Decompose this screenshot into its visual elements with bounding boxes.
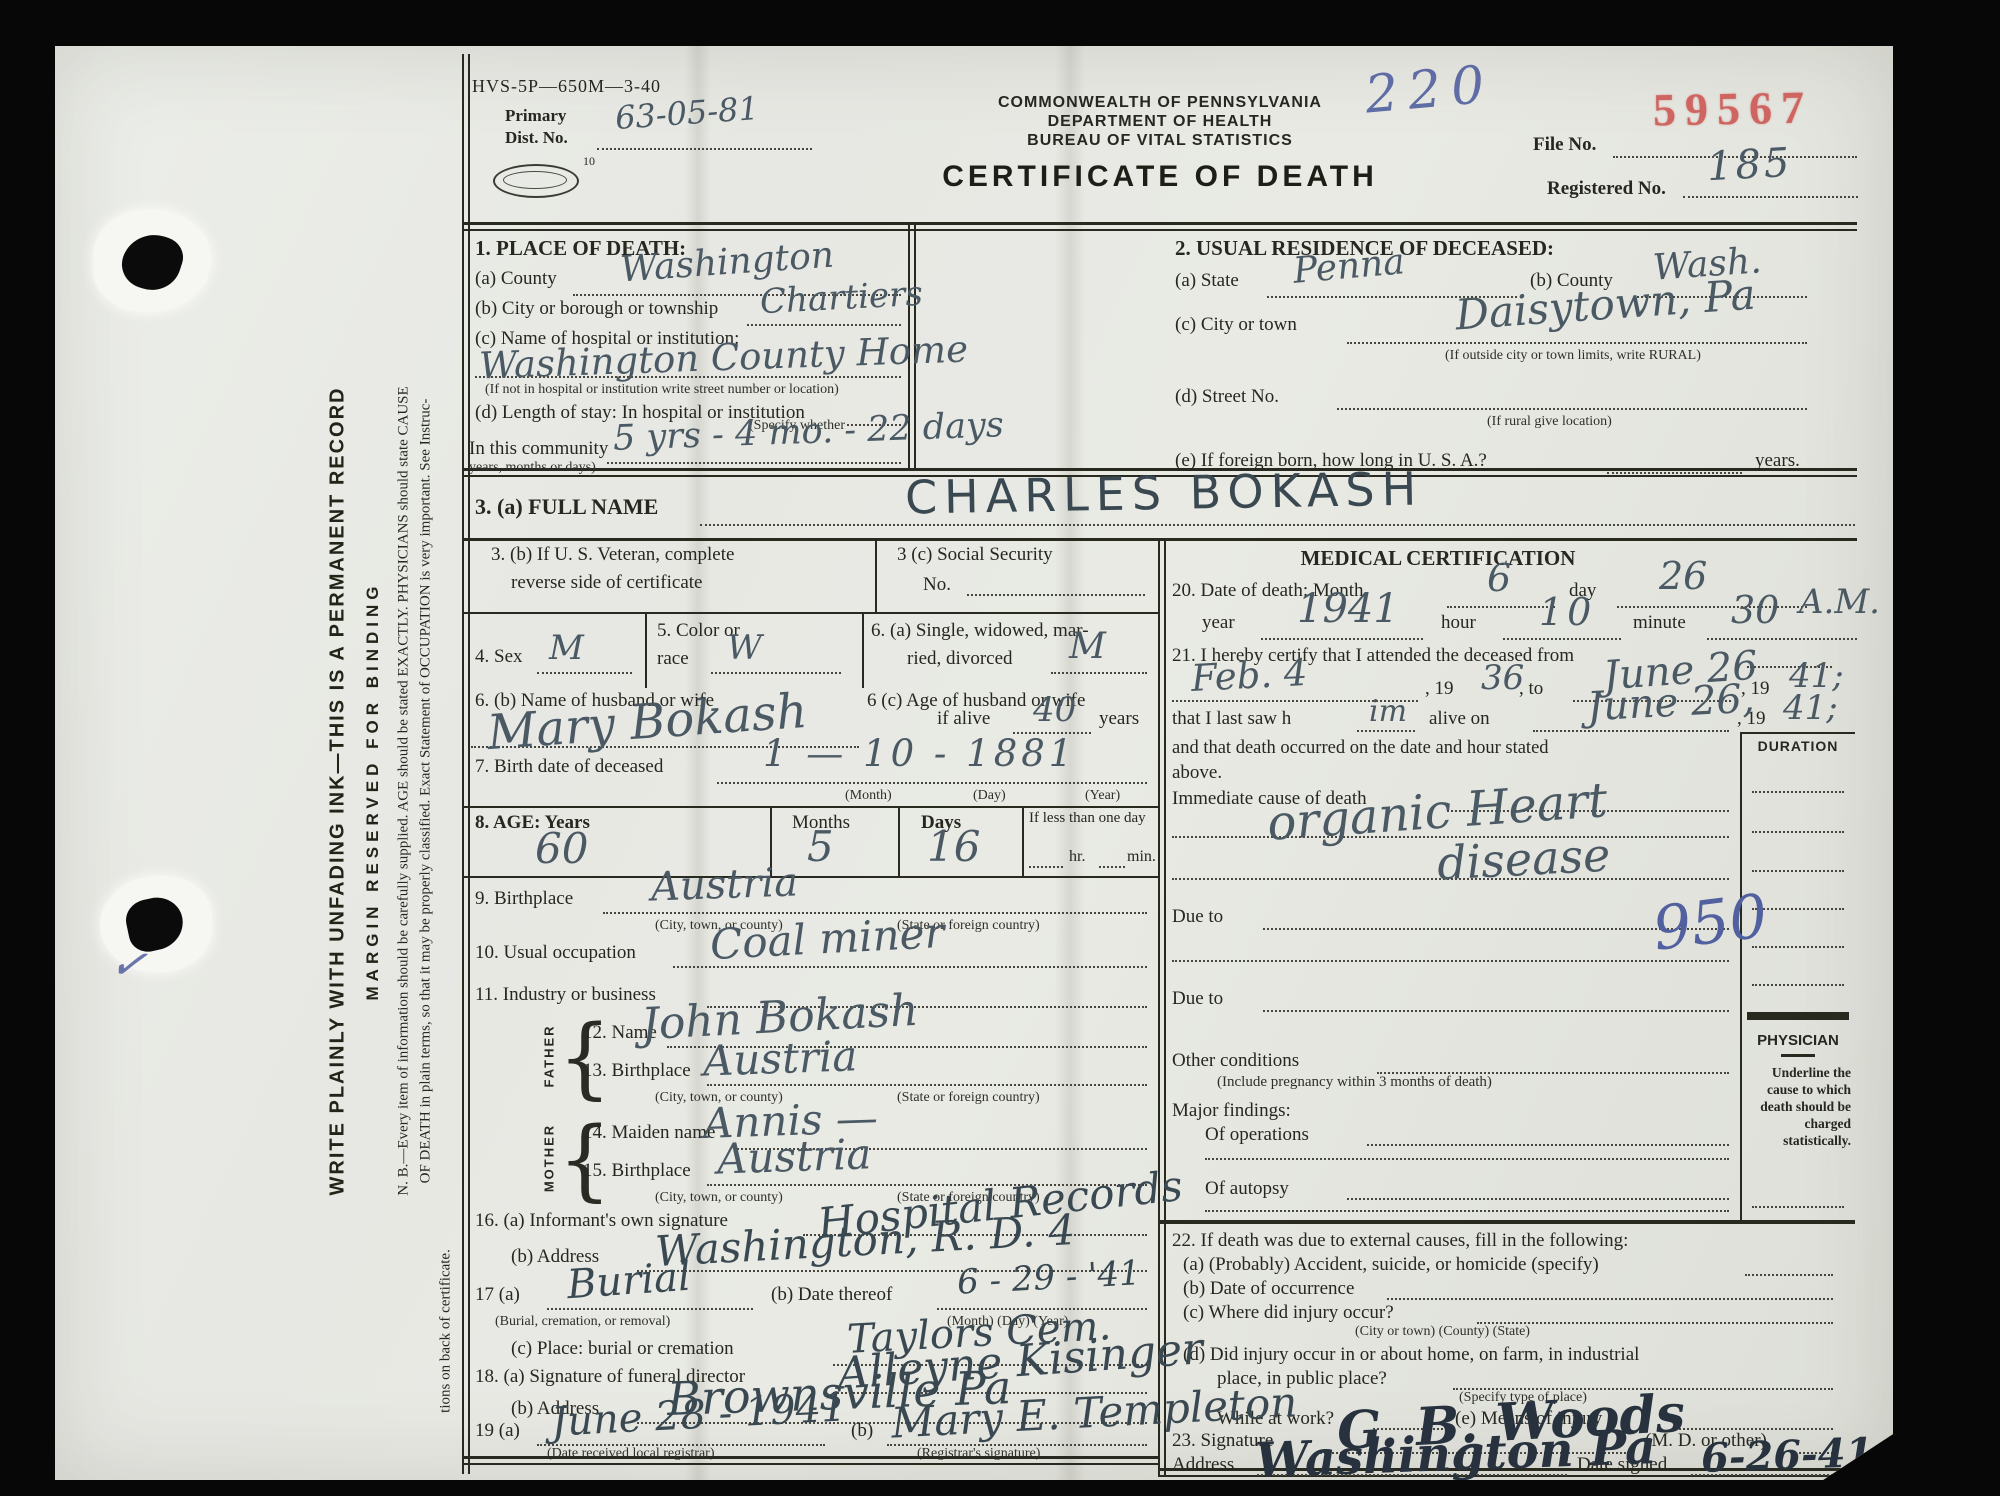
father-birthplace-line	[707, 1084, 1147, 1086]
primary-label: Primary	[505, 106, 566, 126]
left-rule-outer	[462, 54, 464, 1474]
sex-label: 4. Sex	[475, 646, 523, 668]
death-month-value: 6	[1487, 556, 1511, 600]
marital-label-1: 6. (a) Single, widowed, mar-	[871, 620, 1089, 642]
registered-number-label: Registered No.	[1547, 178, 1666, 200]
registrar-b-label: (b)	[851, 1420, 873, 1442]
margin-note-nb2: OF DEATH in plain terms, so that it may …	[418, 399, 435, 1184]
age-less-label: If less than one day	[1029, 810, 1146, 827]
street-label: (d) Street No.	[1175, 386, 1279, 408]
duration-box-top	[1740, 732, 1855, 734]
county-label: (a) County	[475, 268, 557, 290]
duration-line-2	[1752, 831, 1844, 833]
injury-where-note: (City or town) (County) (State)	[1355, 1324, 1530, 1340]
industry-label: 11. Industry or business	[475, 984, 656, 1006]
mother-bp-city-note: (City, town, or county)	[655, 1190, 783, 1206]
community-label: In this community	[469, 438, 608, 460]
birthplace-value: Austria	[650, 859, 799, 910]
certificate-title: CERTIFICATE OF DEATH	[935, 160, 1385, 194]
spouse-age-value: 40	[1033, 690, 1076, 730]
commonwealth-line: COMMONWEALTH OF PENNSYLVANIA	[960, 94, 1360, 112]
age-divider-2	[898, 806, 900, 876]
header-rule-2	[462, 229, 1857, 231]
operations-line	[1367, 1144, 1729, 1146]
injury-where-line	[1477, 1322, 1833, 1324]
city-township-line	[747, 324, 901, 326]
injury-place-label-1: (d) Did injury occur in or about home, o…	[1183, 1344, 1639, 1366]
age-hr-label: hr.	[1069, 848, 1085, 866]
autopsy-label: Of autopsy	[1205, 1178, 1289, 1200]
margin-note-nb3: tions on back of certificate.	[438, 1249, 455, 1413]
other-conditions-label: Other conditions	[1172, 1050, 1299, 1072]
mother-birthplace-label: 15. Birthplace	[583, 1160, 691, 1182]
due-to-label-2: Due to	[1172, 988, 1223, 1010]
community-line	[607, 462, 901, 464]
c19a-label: , 19	[1425, 678, 1454, 700]
registered-number-value: 185	[1706, 140, 1794, 190]
marital-label-2: ried, divorced	[907, 648, 1013, 670]
accident-label: (a) (Probably) Accident, suicide, or hom…	[1183, 1254, 1599, 1276]
registrar-label: 19 (a)	[475, 1420, 520, 1442]
race-line	[711, 672, 841, 674]
race-value: W	[727, 628, 762, 668]
physician-address-label: Address	[1172, 1454, 1234, 1476]
full-name-value: CHARLES BOKASH	[905, 461, 1424, 524]
foreign-born-line	[1607, 472, 1742, 474]
left-rule-inner	[468, 54, 470, 1474]
duration-line-7	[1752, 1206, 1844, 1208]
major-findings-label: Major findings:	[1172, 1100, 1291, 1122]
residence-city-line	[1347, 342, 1807, 344]
veteran-bottom-rule	[462, 612, 1160, 614]
last-saw-him-line	[1357, 730, 1415, 732]
date-signed-value: 6-26-41	[1700, 1429, 1874, 1482]
last-saw-label-1: that I last saw h	[1172, 708, 1291, 730]
burial-date-value: 6 - 29 - '41	[956, 1253, 1142, 1303]
birthdate-value: 1 — 10 - 1881	[763, 732, 1076, 775]
street-line	[1337, 408, 1807, 410]
burial-type-line	[547, 1308, 753, 1310]
attended-from-value: Feb. 4	[1190, 651, 1308, 700]
age-divider-3	[1022, 806, 1024, 876]
file-number-label: File No.	[1533, 134, 1596, 156]
sex-color-divider	[645, 612, 647, 688]
age-min-line	[1099, 866, 1125, 868]
operations-label: Of operations	[1205, 1124, 1309, 1146]
ssn-label-1: 3 (c) Social Security	[897, 544, 1053, 566]
marital-value: M	[1069, 626, 1106, 667]
age-box-bottom-rule	[462, 876, 1160, 878]
burial-place-label: (c) Place: burial or cremation	[511, 1338, 734, 1360]
due-to-blank-line-1	[1172, 960, 1729, 962]
death-certificate-scan: ✓ WRITE PLAINLY WITH UNFADING INK—THIS I…	[55, 46, 1893, 1480]
color-marital-divider	[862, 612, 864, 688]
age-min-label: min.	[1127, 848, 1156, 866]
father-side-label: FATHER	[542, 1024, 557, 1087]
death-hour-line	[1503, 638, 1621, 640]
margin-checkmark: ✓	[107, 937, 151, 993]
duration-line-6	[1752, 984, 1844, 986]
community-note: years, months or days)	[469, 460, 596, 476]
residence-city-note: (If outside city or town limits, write R…	[1445, 348, 1701, 364]
veteran-label-1: 3. (b) If U. S. Veteran, complete	[491, 544, 734, 566]
veteran-divider	[875, 541, 877, 612]
birthdate-line	[717, 782, 1147, 784]
autopsy-line	[1347, 1198, 1729, 1200]
registrar-date-note: (Date received local registrar)	[547, 1446, 715, 1462]
occurred-line-2: above.	[1172, 762, 1222, 784]
city-township-value: Chartiers	[759, 274, 924, 322]
him-value: im	[1369, 694, 1407, 729]
residence-state-value: Penna	[1291, 241, 1406, 292]
birthdate-month-note: (Month)	[845, 788, 892, 804]
residence-city-value: Daisytown, Pa	[1454, 270, 1757, 340]
full-name-line	[700, 524, 1855, 526]
age-months-value: 5	[807, 822, 834, 871]
mother-side-label: MOTHER	[542, 1124, 557, 1192]
burial-date-label: (b) Date thereof	[771, 1284, 892, 1306]
death-minute-label: minute	[1633, 612, 1686, 634]
age-days-value: 16	[927, 822, 980, 871]
page-number-handwritten: 220	[1363, 54, 1497, 125]
marital-line	[1051, 672, 1147, 674]
district-number-label: Dist. No.	[505, 128, 568, 148]
external-causes-label: 22. If death was due to external causes,…	[1172, 1230, 1628, 1252]
duration-line-1	[1752, 791, 1844, 793]
physician-header: PHYSICIAN	[1742, 1032, 1854, 1049]
age-years-value: 60	[535, 824, 588, 873]
last-saw-value: June 26,	[1586, 676, 1756, 731]
last-saw-label-2: alive on	[1429, 708, 1490, 730]
veteran-label-2: reverse side of certificate	[511, 572, 702, 594]
form-number: HVS-5P—650M—3-40	[472, 76, 661, 97]
margin-note-binding: MARGIN RESERVED FOR BINDING	[363, 582, 383, 1001]
occurrence-date-label: (b) Date of occurrence	[1183, 1278, 1354, 1300]
statistical-code-value: 950	[1649, 881, 1771, 964]
sex-value: M	[549, 628, 584, 668]
operations-blank-line	[1205, 1158, 1729, 1160]
to-label: , to	[1519, 678, 1543, 700]
death-year-line	[1261, 638, 1423, 640]
duration-box-left	[1740, 732, 1742, 1220]
occupation-label: 10. Usual occupation	[475, 942, 636, 964]
last-saw-line	[1533, 730, 1729, 732]
duration-separator-bar	[1747, 1012, 1849, 1020]
registrar-sig-note: (Registrar's signature)	[917, 1446, 1040, 1462]
spouse-years-label: years	[1099, 708, 1139, 730]
age-hr-line	[1029, 866, 1063, 868]
margin-note-write-plainly: WRITE PLAINLY WITH UNFADING INK—THIS IS …	[327, 387, 350, 1196]
other-conditions-note: (Include pregnancy within 3 months of de…	[1217, 1074, 1492, 1091]
death-minute-value: 30	[1731, 588, 1779, 632]
physician-note: Underline the cause to which death shoul…	[1749, 1064, 1851, 1149]
birthplace-label: 9. Birthplace	[475, 888, 573, 910]
last-year-value: 41;	[1783, 688, 1838, 728]
burial-label: 17 (a)	[475, 1284, 520, 1306]
city-township-label: (b) City or borough or township	[475, 298, 718, 320]
birthdate-year-note: (Year)	[1085, 788, 1120, 804]
cause-value-2: disease	[1436, 828, 1612, 891]
death-ampm-value: A.M.	[1799, 582, 1880, 622]
bureau-line: BUREAU OF VITAL STATISTICS	[960, 132, 1360, 150]
injury-where-label: (c) Where did injury occur?	[1183, 1302, 1394, 1324]
street-note: (If rural give location)	[1487, 414, 1612, 430]
header-rule-1	[462, 222, 1857, 225]
father-bp-state-note: (State or foreign country)	[897, 1090, 1040, 1106]
external-causes-top-rule	[1158, 1220, 1855, 1224]
birthdate-day-note: (Day)	[973, 788, 1006, 804]
bottom-rule-left-2	[462, 1463, 1160, 1465]
residence-city-label: (c) City or town	[1175, 314, 1297, 336]
occurrence-date-line	[1387, 1298, 1833, 1300]
physician-underline	[1781, 1054, 1815, 1057]
death-hour-value: 10	[1539, 590, 1595, 634]
residence-state-label: (a) State	[1175, 270, 1239, 292]
death-hour-label: hour	[1441, 612, 1476, 634]
ssn-line	[967, 594, 1145, 596]
union-bug-number: 10	[583, 154, 595, 169]
district-number-line	[597, 148, 812, 150]
union-bug-inner-icon	[503, 171, 567, 189]
accident-line	[1745, 1274, 1833, 1276]
medical-certification-title: MEDICAL CERTIFICATION	[1158, 546, 1718, 571]
father-birthplace-label: 13. Birthplace	[583, 1060, 691, 1082]
duration-line-3	[1752, 870, 1844, 872]
burial-type-note: (Burial, cremation, or removal)	[495, 1314, 670, 1330]
registrar-date-value: June 28 - 1941	[550, 1384, 848, 1445]
color-label-2: race	[657, 648, 689, 670]
registered-number-line	[1683, 196, 1858, 198]
if-alive-label: if alive	[937, 708, 990, 730]
age-box-top-rule	[462, 806, 1160, 808]
maiden-name-label: 14. Maiden name	[583, 1122, 715, 1144]
death-minute-line	[1707, 638, 1857, 640]
occurred-line-1: and that death occurred on the date and …	[1172, 738, 1549, 759]
due-to-line-2	[1263, 1010, 1729, 1012]
autopsy-blank-line	[1205, 1210, 1729, 1212]
full-name-label: 3. (a) FULL NAME	[475, 494, 658, 520]
department-line: DEPARTMENT OF HEALTH	[960, 113, 1360, 131]
father-brace: {	[558, 1006, 611, 1109]
sex-line	[537, 672, 632, 674]
death-year-value: 1941	[1297, 586, 1399, 632]
father-birthplace-value: Austria	[702, 1031, 858, 1085]
burial-type-value: Burial	[566, 1254, 693, 1309]
death-year-label: year	[1202, 612, 1235, 634]
margin-note-nb1: N. B.—Every item of information should b…	[396, 386, 413, 1195]
from-year-value: 36	[1481, 658, 1524, 698]
duration-header: DURATION	[1742, 738, 1854, 754]
mother-birthplace-value: Austria	[716, 1129, 872, 1183]
death-day-value: 26	[1659, 554, 1707, 598]
file-number-stamp: 59567	[1653, 81, 1814, 137]
due-to-label-1: Due to	[1172, 906, 1223, 928]
foreign-years-label: years.	[1755, 450, 1800, 472]
ssn-label-2: No.	[923, 574, 951, 596]
